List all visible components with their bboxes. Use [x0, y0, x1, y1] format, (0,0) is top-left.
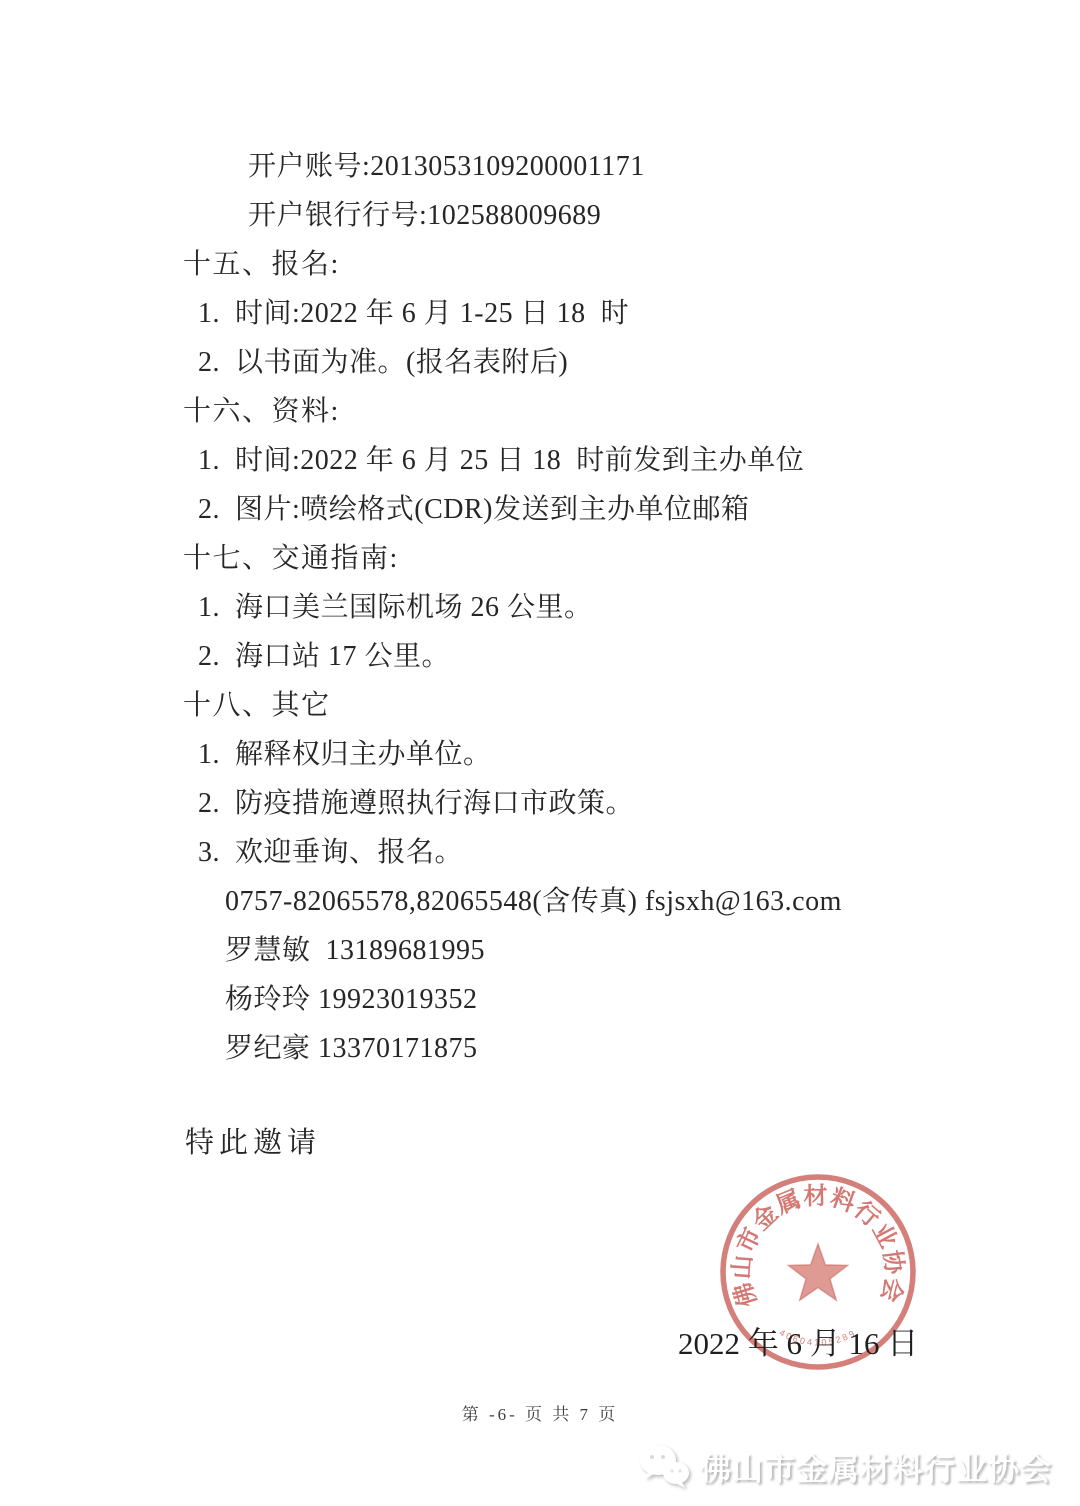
- document-page: 开户账号:2013053109200001171 开户银行行号:10258800…: [0, 0, 1080, 1506]
- list-item: 1. 解释权归主办单位。: [0, 730, 1080, 779]
- wechat-icon: [638, 1443, 690, 1489]
- list-item: 2. 图片:喷绘格式(CDR)发送到主办单位邮箱: [0, 485, 1080, 534]
- date-line: 2022 年 6 月 16 日: [678, 1318, 918, 1363]
- list-item: 1. 时间:2022 年 6 月 1-25 日 18 时: [0, 289, 1080, 338]
- list-item: 2. 防疫措施遵照执行海口市政策。: [0, 779, 1080, 828]
- contact-phone-line: 0757-82065578,82065548(含传真) fsjsxh@163.c…: [0, 877, 1080, 926]
- list-item: 1. 海口美兰国际机场 26 公里。: [0, 583, 1080, 632]
- list-item: 2. 以书面为准。(报名表附后): [0, 338, 1080, 387]
- section-heading-17: 十七、交通指南:: [0, 534, 1080, 583]
- section-heading-16: 十六、资料:: [0, 387, 1080, 436]
- seal-star-icon: [789, 1244, 848, 1300]
- bank-account-line: 开户账号:2013053109200001171: [0, 142, 1080, 191]
- page-number: 第 -6- 页 共 7 页: [0, 1400, 1080, 1425]
- document-body: 开户账号:2013053109200001171 开户银行行号:10258800…: [0, 142, 1080, 1168]
- banner-org-name: 佛山市金属材料行业协会: [700, 1444, 1052, 1489]
- contact-person-line: 杨玲玲 19923019352: [0, 975, 1080, 1024]
- list-item: 1. 时间:2022 年 6 月 25 日 18 时前发到主办单位: [0, 436, 1080, 485]
- bottom-banner: 佛山市金属材料行业协会: [638, 1443, 1052, 1489]
- closing-line: 特此邀请: [0, 1119, 1080, 1168]
- section-heading-18: 十八、其它: [0, 681, 1080, 730]
- contact-person-line: 罗纪豪 13370171875: [0, 1024, 1080, 1073]
- bank-number-line: 开户银行行号:102588009689: [0, 191, 1080, 240]
- section-heading-15: 十五、报名:: [0, 240, 1080, 289]
- list-item: 3. 欢迎垂询、报名。: [0, 828, 1080, 877]
- list-item: 2. 海口站 17 公里。: [0, 632, 1080, 681]
- contact-person-line: 罗慧敏 13189681995: [0, 926, 1080, 975]
